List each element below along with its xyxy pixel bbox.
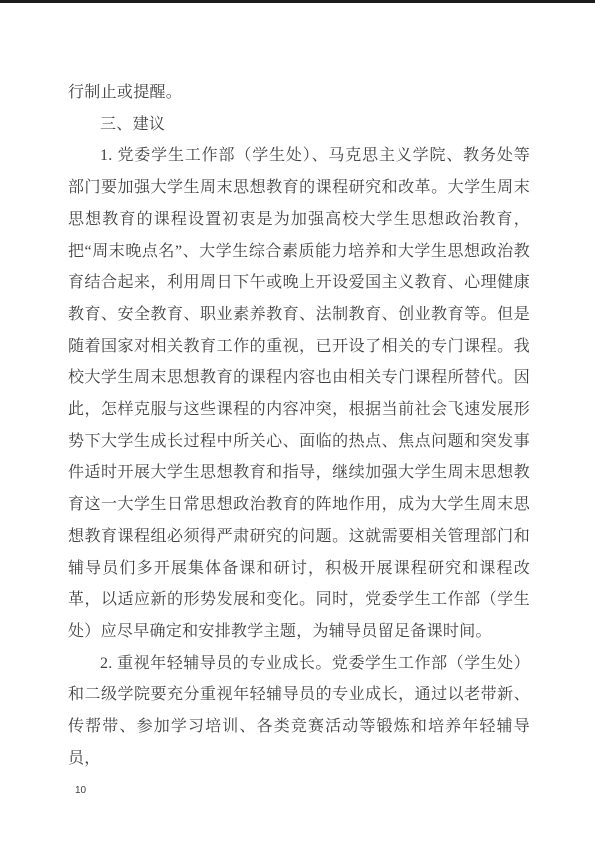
page-number: 10 — [75, 785, 86, 796]
section-heading: 三、建议 — [68, 109, 530, 141]
page-top-edge — [0, 0, 595, 3]
paragraph-suggestion-2: 2. 重视年轻辅导员的专业成长。党委学生工作部（学生处）和二级学院要充分重视年轻… — [68, 648, 530, 775]
document-page: 行制止或提醒。 三、建议 1. 党委学生工作部（学生处）、马克思主义学院、教务处… — [0, 0, 595, 841]
paragraph-suggestion-1: 1. 党委学生工作部（学生处）、马克思主义学院、教务处等部门要加强大学生周末思想… — [68, 140, 530, 647]
document-content: 行制止或提醒。 三、建议 1. 党委学生工作部（学生处）、马克思主义学院、教务处… — [68, 77, 530, 774]
paragraph-continuation: 行制止或提醒。 — [68, 77, 530, 109]
